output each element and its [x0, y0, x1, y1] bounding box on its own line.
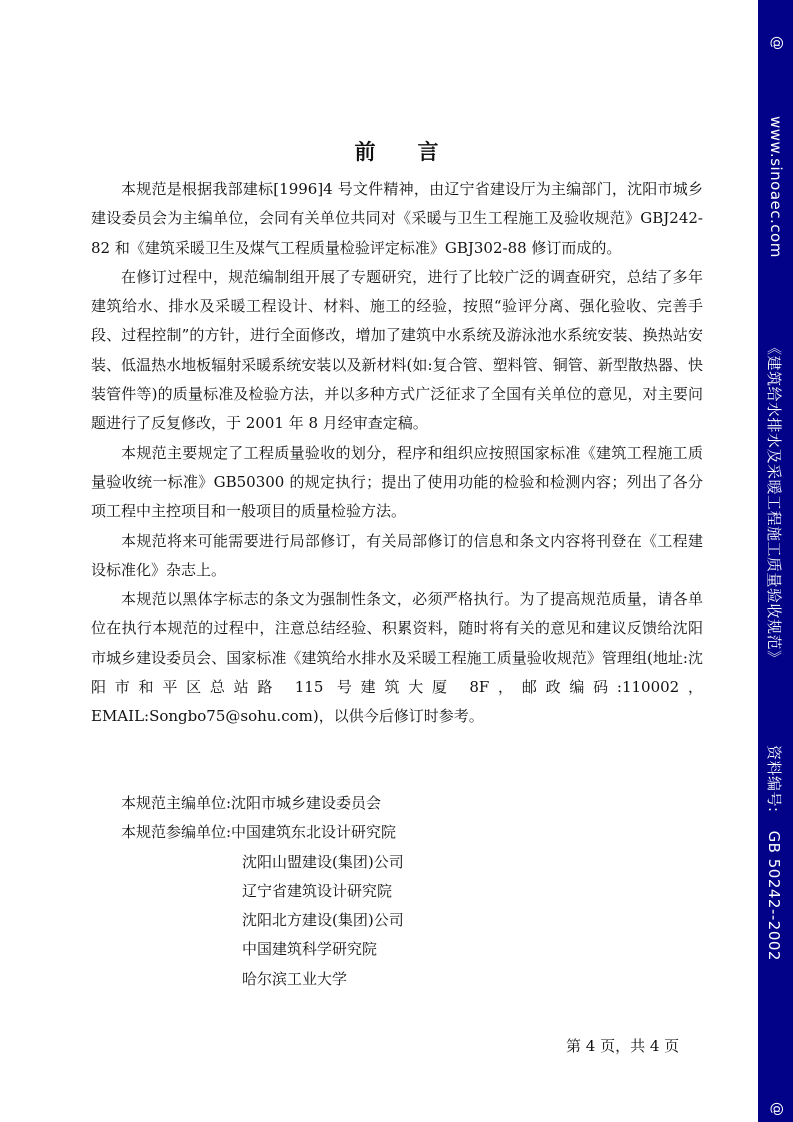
paragraph-origin: 本规范是根据我部建标[1996]4 号文件精神，由辽宁省建设厅为主编部门，沈阳市…	[91, 175, 703, 263]
at-symbol-icon: @	[769, 36, 785, 50]
participating-units-label: 本规范参编单位:中国建筑东北设计研究院	[91, 818, 703, 847]
participating-unit: 辽宁省建筑设计研究院	[91, 877, 703, 906]
page-title: 前言	[0, 136, 793, 166]
participating-unit: 中国建筑科学研究院	[91, 935, 703, 964]
document-code-value: GB 50242--2002	[765, 831, 783, 961]
side-banner: @ www.sinoaec.com 《建筑给水排水及采暖工程施工质量验收规范》 …	[758, 0, 793, 1122]
book-title: 《建筑给水排水及采暖工程施工质量验收规范》	[764, 340, 785, 666]
participating-unit: 哈尔滨工业大学	[91, 965, 703, 994]
title-char-2: 言	[418, 140, 439, 164]
paragraph-future-revision: 本规范将来可能需要进行局部修订，有关局部修订的信息和条文内容将刊登在《工程建设标…	[91, 527, 703, 586]
at-symbol-icon: @	[769, 1102, 785, 1116]
units-list: 本规范主编单位:沈阳市城乡建设委员会 本规范参编单位:中国建筑东北设计研究院 沈…	[91, 789, 703, 994]
paragraph-revision-process: 在修订过程中，规范编制组开展了专题研究，进行了比较广泛的调查研究，总结了多年建筑…	[91, 263, 703, 439]
paragraph-mandatory-feedback: 本规范以黑体字标志的条文为强制性条文，必须严格执行。为了提高规范质量，请各单位在…	[91, 585, 703, 731]
participating-unit: 沈阳山盟建设(集团)公司	[91, 848, 703, 877]
site-url-link[interactable]: www.sinoaec.com	[767, 116, 785, 258]
participating-unit: 沈阳北方建设(集团)公司	[91, 906, 703, 935]
chief-unit: 本规范主编单位:沈阳市城乡建设委员会	[91, 789, 703, 818]
title-char-1: 前	[355, 140, 376, 164]
paragraph-main-content: 本规范主要规定了工程质量验收的划分，程序和组织应按照国家标准《建筑工程施工质量验…	[91, 439, 703, 527]
page-number-footer: 第 4 页，共 4 页	[566, 1035, 679, 1056]
document-page: 前言 本规范是根据我部建标[1996]4 号文件精神，由辽宁省建设厅为主编部门，…	[0, 0, 758, 1122]
document-code-label: 资料编号:	[765, 745, 783, 813]
foreword-body: 本规范是根据我部建标[1996]4 号文件精神，由辽宁省建设厅为主编部门，沈阳市…	[91, 175, 703, 732]
document-code: 资料编号:GB 50242--2002	[764, 745, 785, 961]
